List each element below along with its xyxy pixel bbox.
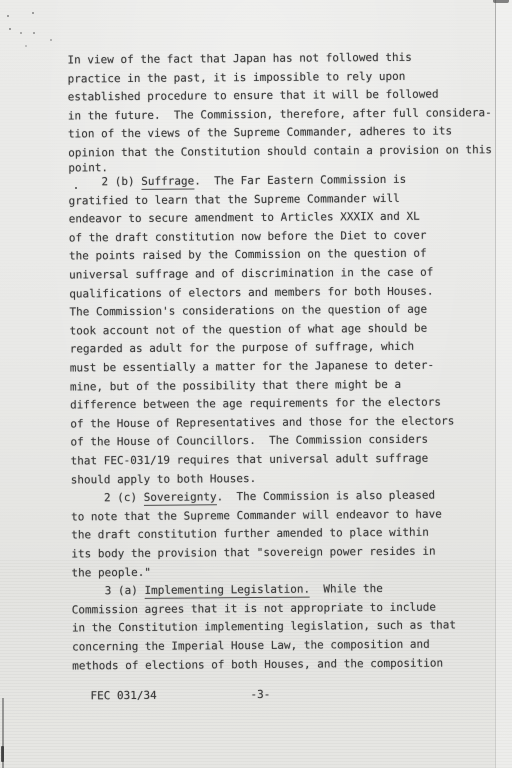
document-line: in the Constitution implementing legisla… [72, 616, 504, 638]
scan-mark-top-right [493, 0, 509, 3]
section-heading: Implementing Legislation. [144, 583, 310, 599]
paper-edge-strip [496, 0, 512, 768]
typewritten-sheet: In view of the fact that Japan has not f… [0, 0, 512, 768]
document-number: FEC 031/34 [90, 689, 156, 703]
document-line: of the House of Representatives and thos… [70, 412, 502, 434]
document-line: opinion that the Constitution should con… [68, 141, 500, 163]
section-heading: Suffrage [141, 175, 194, 190]
document-text: In view of the fact that Japan has not f… [67, 48, 504, 675]
section-heading: Sovereignty [144, 490, 217, 506]
document-line: methods of elections of both Houses, and… [72, 654, 504, 676]
document-line: to note that the Supreme Commander will … [71, 505, 503, 527]
scan-mark-bottom-left [1, 746, 4, 762]
document-page: In view of the fact that Japan has not f… [0, 0, 512, 768]
page-number: -3- [250, 688, 270, 701]
document-footer: FEC 031/34 -3- [2, 686, 512, 710]
